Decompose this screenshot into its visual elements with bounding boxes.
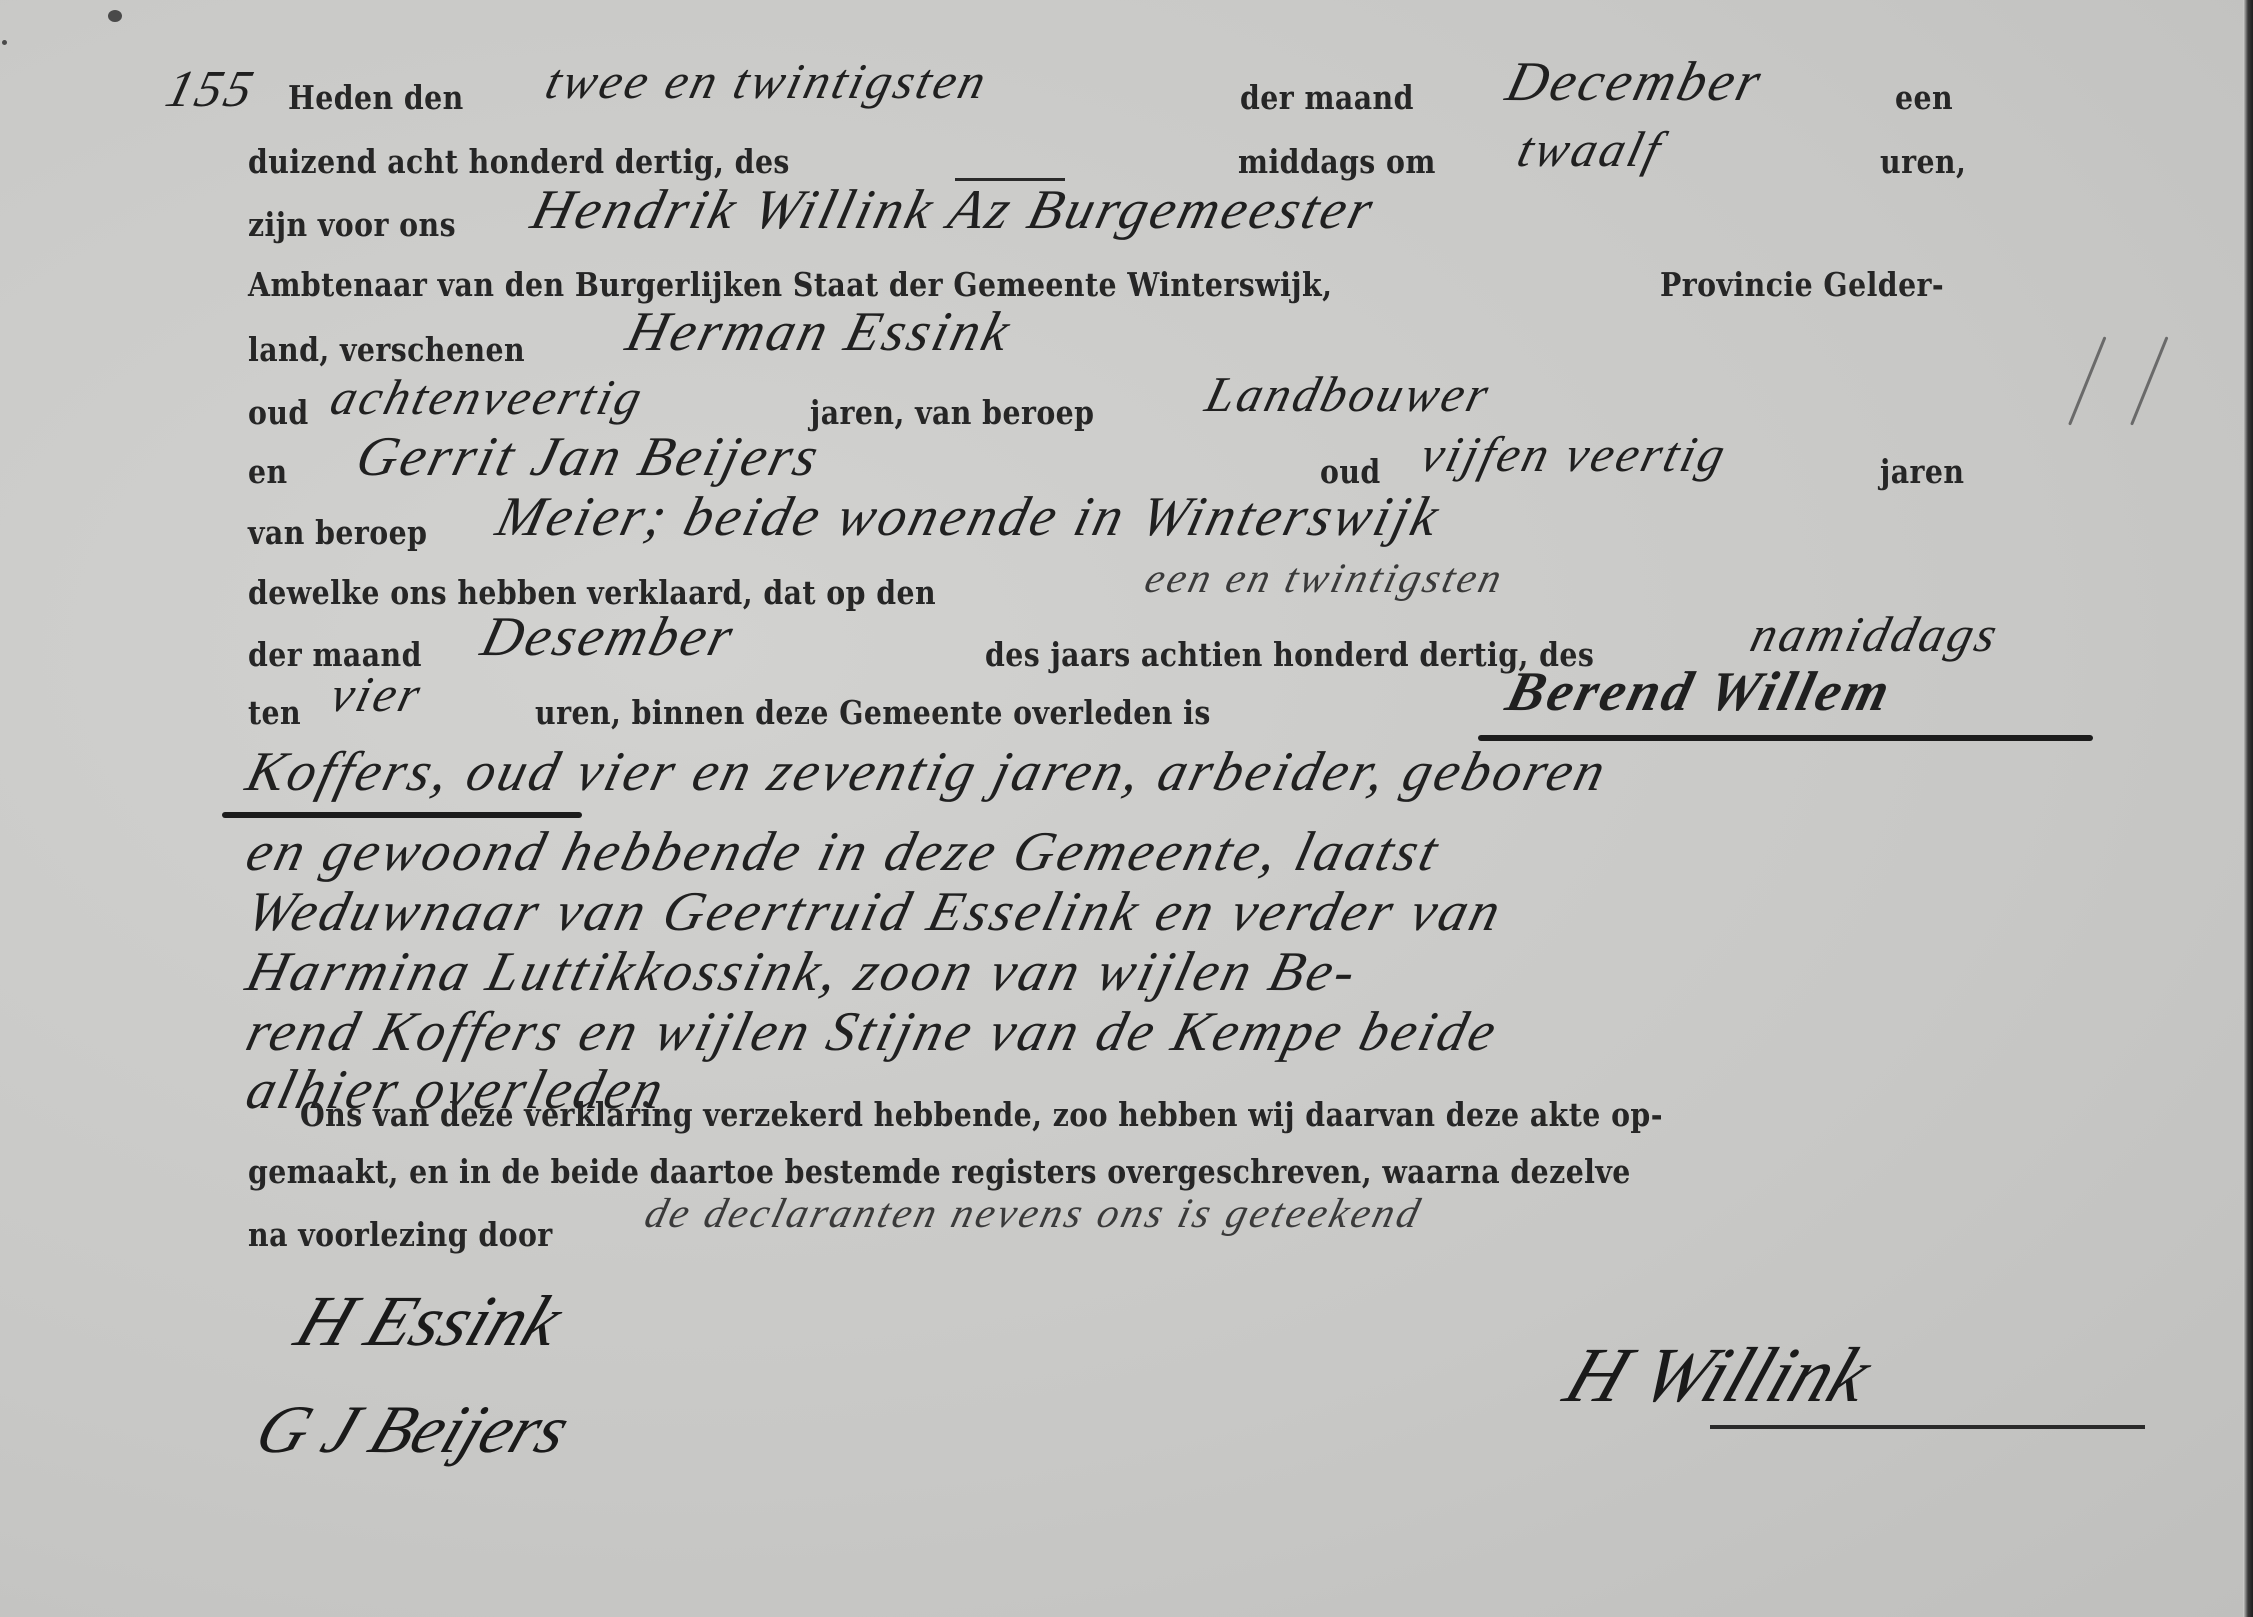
hand-body-line-4: Harmina Luttikkossink, zoon van wijlen B… <box>240 940 1365 1004</box>
print-een: een <box>1895 78 1953 117</box>
print-closing-3: na voorlezing door <box>248 1215 553 1254</box>
print-provincie: Provincie Gelder- <box>1660 265 1944 304</box>
hand-closing-3: de declaranten nevens ons is geteekend <box>640 1190 1427 1238</box>
page-edge <box>2243 0 2253 1617</box>
print-der-maand: der maand <box>1240 78 1414 117</box>
hand-declarant2-occupation-residence: Meier; beide wonende in Winterswijk <box>490 485 1448 549</box>
print-closing-2: gemaakt, en in de beide daartoe bestemde… <box>248 1152 1631 1191</box>
hand-month: December <box>1500 50 1770 114</box>
hand-deceased-firstnames: Berend Willem <box>1500 660 1899 724</box>
paper-speck <box>2 40 7 45</box>
print-ambtenaar: Ambtenaar van den Burgerlijken Staat der… <box>248 265 1332 304</box>
hand-body-line-5: rend Koffers en wijlen Stijne van de Kem… <box>240 1000 1505 1064</box>
signature-witness-1: H Essink <box>285 1280 573 1363</box>
hand-death-hour: vier <box>325 665 429 723</box>
signature-official-underline <box>1710 1425 2145 1429</box>
print-land-verschenen: land, verschenen <box>248 330 525 369</box>
hand-declarant2-name: Gerrit Jan Beijers <box>350 425 827 489</box>
hand-hour: twaalf <box>1512 120 1669 178</box>
print-jaren-beroep: jaren, van beroep <box>810 393 1094 432</box>
print-middags-om: middags om <box>1238 142 1436 181</box>
print-year-line: duizend acht honderd dertig, des <box>248 142 790 181</box>
print-en: en <box>248 452 288 491</box>
hand-declarant2-age: vijfen veertig <box>1415 425 1734 483</box>
signature-official: H Willink <box>1554 1330 1884 1420</box>
faint-pen-mark <box>2130 336 2168 425</box>
document-page: 155 Heden den twee en twintigsten der ma… <box>0 0 2253 1617</box>
deceased-surname-underline <box>222 812 582 818</box>
hand-death-day: een en twintigsten <box>1140 555 1509 603</box>
signature-witness-2: G J Beijers <box>246 1390 581 1469</box>
faint-pen-mark <box>2068 336 2106 425</box>
hand-declarant1-age: achtenveertig <box>325 368 651 426</box>
hand-declarant1-occupation: Landbouwer <box>1200 365 1497 423</box>
print-ten: ten <box>248 693 301 732</box>
hand-declarant1-name: Herman Essink <box>620 300 1019 364</box>
hand-body-line-2: en gewoond hebbende in deze Gemeente, la… <box>240 820 1447 884</box>
hand-date-day: twee en twintigsten <box>540 52 995 110</box>
print-des-jaars: des jaars achtien honderd dertig, des <box>985 635 1594 674</box>
paper-speck <box>108 10 122 22</box>
print-jaren-2: jaren <box>1880 452 1964 491</box>
print-zijn-voor-ons: zijn voor ons <box>248 205 456 244</box>
print-overleden-is: uren, binnen deze Gemeente overleden is <box>535 693 1211 732</box>
print-van-beroep: van beroep <box>248 513 427 552</box>
hand-body-line-3: Weduwnaar van Geertruid Esselink en verd… <box>240 880 1510 944</box>
print-closing-1: Ons van deze verklaring verzekerd hebben… <box>300 1095 1663 1134</box>
print-heden-den: Heden den <box>288 78 464 117</box>
hand-death-daypart: namiddags <box>1745 605 2006 663</box>
print-uren: uren, <box>1880 142 1966 181</box>
print-oud: oud <box>248 393 309 432</box>
hand-body-line-1: Koffers, oud vier en zeventig jaren, arb… <box>240 740 1614 804</box>
act-number: 155 <box>160 60 262 119</box>
hand-death-month: Desember <box>475 605 742 669</box>
hand-official-name: Hendrik Willink Az Burgemeester <box>525 178 1382 242</box>
